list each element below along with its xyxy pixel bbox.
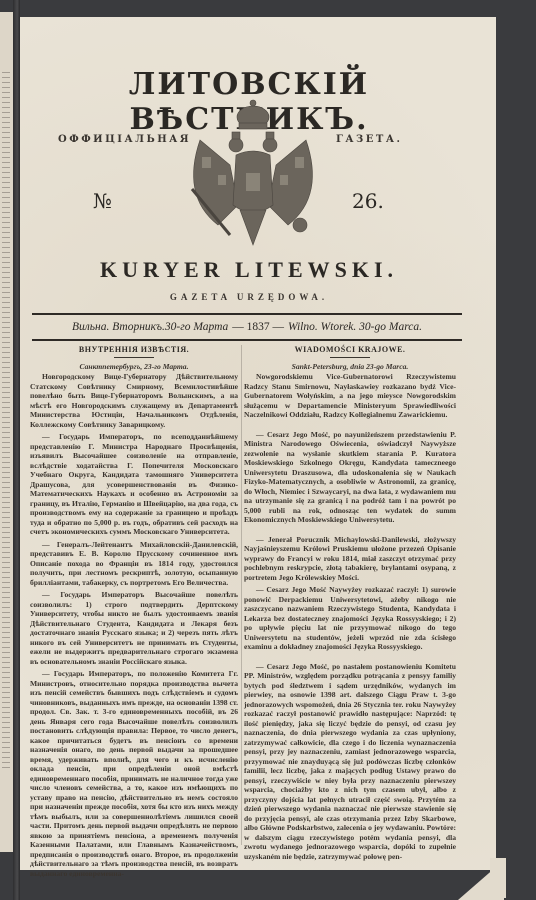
issue-number-value: 26.	[352, 189, 384, 213]
article-paragraph: — Cesarz Jego Mość, po nastałem postanow…	[244, 662, 456, 862]
column-polish: WIADOMOŚCI KRAJOWE. Sankt-Petersburg, dn…	[244, 345, 456, 864]
subtitle-official: ОФФИЦІАЛЬНАЯ	[58, 134, 191, 145]
adjacent-page-edge	[0, 12, 14, 852]
issue-number-label: №	[93, 189, 112, 213]
section-heading-russian: ВНУТРЕННІЯ ИЗВѢСТІЯ.	[30, 345, 238, 355]
torn-page-corner-edge	[490, 858, 506, 898]
newspaper-page: ЛИТОВСКІЙ ВѢСТНИКЪ. ОФФИЦІАЛЬНАЯ ГАЗЕТА.…	[20, 17, 496, 870]
article-paragraph: Nowgorodskiemu Vice-Gubernatorowi Rzeczy…	[244, 372, 456, 420]
heading-rule	[114, 357, 154, 358]
article-paragraph: — Cesarz Jego Mość Naywyżey rozkazać rac…	[244, 585, 456, 652]
article-dateline-polish: Sankt-Petersburg, dnia 23-go Marca.	[244, 362, 456, 372]
section-heading-polish: WIADOMOŚCI KRAJOWE.	[244, 345, 456, 355]
subtitle-polish: GAZETA URZĘDOWA.	[34, 292, 464, 302]
dateline-russian: Вильна. Вторникъ.30-го Марта	[72, 321, 228, 333]
column-russian: ВНУТРЕННІЯ ИЗВѢСТІЯ. Санктпетербургъ, 23…	[30, 345, 238, 881]
book-gutter	[13, 0, 20, 900]
double-headed-eagle-icon	[178, 95, 328, 255]
dateline-year: — 1837 —	[232, 321, 284, 333]
dateline-polish: Wilno. Wtorek. 30-go Marca.	[288, 321, 422, 333]
article-paragraph: Новгородскому Вице-Губернатору Дѣйствите…	[30, 372, 238, 429]
article-paragraph: — Cesarz Jego Mość, po nayuniżeńszem prz…	[244, 430, 456, 525]
article-paragraph: — Государь Императоръ Высочайше повелѣть…	[30, 590, 238, 666]
issue-dateline: Вильна. Вторникъ.30-го Марта — 1837 — Wi…	[32, 313, 462, 341]
heading-rule	[330, 357, 370, 358]
masthead-title-polish: KURYER LITEWSKI.	[34, 257, 464, 283]
adjacent-page-text	[2, 72, 10, 772]
column-divider	[241, 345, 242, 845]
article-paragraph: — Генералъ-Лейтенантъ Михайловскій-Данил…	[30, 540, 238, 588]
article-dateline-russian: Санктпетербургъ, 23-го Марта.	[30, 362, 238, 372]
article-paragraph: — Государь Императоръ, по всеподданнѣйше…	[30, 432, 238, 537]
article-paragraph: — Jenerał Porucznik Michaylowski-Danilew…	[244, 535, 456, 583]
subtitle-gazette: ГАЗЕТА.	[336, 134, 402, 145]
article-paragraph: — Государь Императоръ, по положенію Коми…	[30, 669, 238, 878]
